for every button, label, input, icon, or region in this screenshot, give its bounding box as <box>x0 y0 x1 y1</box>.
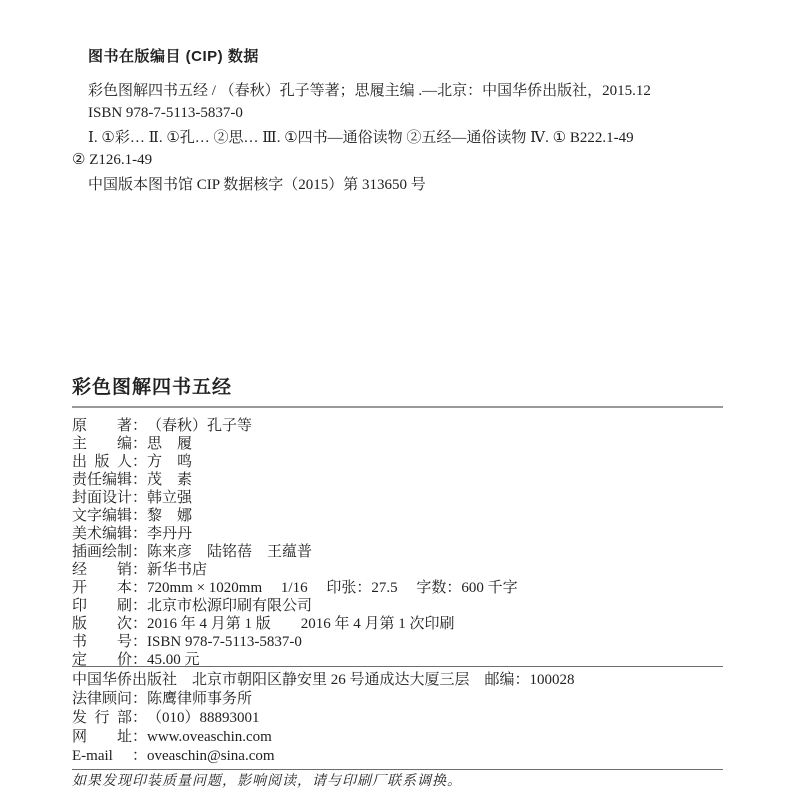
publisher-row-website: 网址：www.oveaschin.com <box>72 728 723 747</box>
colophon-row-distributor: 经销：新华书店 <box>72 561 723 579</box>
row-value: oveaschin@sina.com <box>147 748 275 764</box>
row-label: 发行部 <box>72 709 132 728</box>
colophon-row-original-author: 原著：（春秋）孔子等 <box>72 417 723 435</box>
colophon-section: 彩色图解四书五经 原著：（春秋）孔子等 主编：思 履 出版人：方 鸣 责任编辑：… <box>72 376 723 669</box>
cip-section: 图书在版编目 (CIP) 数据 彩色图解四书五经 / （春秋）孔子等著；思履主编… <box>72 46 732 196</box>
colon: ： <box>132 728 147 747</box>
colon: ： <box>132 435 147 453</box>
row-value: 韩立强 <box>147 490 192 506</box>
row-value: 李丹丹 <box>147 526 192 542</box>
row-value: （010）88893001 <box>147 710 260 726</box>
colophon-row-art-editor: 美术编辑：李丹丹 <box>72 525 723 543</box>
colon: ： <box>132 417 147 435</box>
row-label: 印刷 <box>72 597 132 615</box>
row-value: www.oveaschin.com <box>147 729 272 745</box>
colophon-row-isbn: 书号：ISBN 978-7-5113-5837-0 <box>72 633 723 651</box>
colophon-row-cover-design: 封面设计：韩立强 <box>72 489 723 507</box>
publisher-row-email: E-mail：oveaschin@sina.com <box>72 747 723 766</box>
publisher-rows: 法律顾问：陈鹰律师事务所 发行部：（010）88893001 网址：www.ov… <box>72 690 723 766</box>
row-value: 720mm × 1020mm 1/16 印张：27.5 字数：600 千字 <box>147 580 518 596</box>
colon: ： <box>132 633 147 651</box>
cip-description: 彩色图解四书五经 / （春秋）孔子等著；思履主编 .—北京：中国华侨出版社，20… <box>72 80 732 102</box>
colophon-row-illustrators: 插画绘制：陈来彦 陆铭蓓 王蕴普 <box>72 543 723 561</box>
colon: ： <box>132 543 147 561</box>
colon: ： <box>132 579 147 597</box>
row-value: 黎 娜 <box>147 508 192 524</box>
colon: ： <box>132 690 147 709</box>
cip-isbn: ISBN 978-7-5113-5837-0 <box>72 102 732 124</box>
row-label: 插画绘制 <box>72 543 132 561</box>
publisher-address: 中国华侨出版社 北京市朝阳区静安里 26 号通成达大厦三层 邮编：100028 <box>72 667 723 690</box>
colophon-row-format: 开本：720mm × 1020mm 1/16 印张：27.5 字数：600 千字 <box>72 579 723 597</box>
cip-heading: 图书在版编目 (CIP) 数据 <box>72 46 732 68</box>
colophon-row-text-editor: 文字编辑：黎 娜 <box>72 507 723 525</box>
row-label: 出版人 <box>72 453 132 471</box>
quality-notice: 如果发现印装质量问题，影响阅读，请与印刷厂联系调换。 <box>72 770 723 790</box>
row-label: 书号 <box>72 633 132 651</box>
book-title: 彩色图解四书五经 <box>72 376 723 400</box>
row-value: （春秋）孔子等 <box>147 418 252 434</box>
row-label: 原著 <box>72 417 132 435</box>
row-label: 封面设计 <box>72 489 132 507</box>
row-label: 文字编辑 <box>72 507 132 525</box>
row-value: ISBN 978-7-5113-5837-0 <box>147 634 302 650</box>
row-label: 网址 <box>72 728 132 747</box>
cip-classification-line1: Ⅰ. ①彩… Ⅱ. ①孔… ②思… Ⅲ. ①四书—通俗读物 ②五经—通俗读物 Ⅳ… <box>72 127 732 149</box>
cip-record-number: 中国版本图书馆 CIP 数据核字（2015）第 313650 号 <box>72 174 732 196</box>
colon: ： <box>132 597 147 615</box>
row-label: 责任编辑 <box>72 471 132 489</box>
colophon-row-chief-editor: 主编：思 履 <box>72 435 723 453</box>
row-value: 茂 素 <box>147 472 192 488</box>
row-label: 美术编辑 <box>72 525 132 543</box>
row-label: E-mail <box>72 747 132 766</box>
cip-classification-line2: ② Z126.1-49 <box>72 149 732 171</box>
row-label: 主编 <box>72 435 132 453</box>
row-value: 2016 年 4 月第 1 版 2016 年 4 月第 1 次印刷 <box>147 616 455 632</box>
colon: ： <box>132 615 147 633</box>
colon: ： <box>132 489 147 507</box>
row-value: 思 履 <box>147 436 192 452</box>
row-label: 开本 <box>72 579 132 597</box>
colophon-row-printer: 印刷：北京市松源印刷有限公司 <box>72 597 723 615</box>
colophon-row-publisher-person: 出版人：方 鸣 <box>72 453 723 471</box>
copyright-page: 图书在版编目 (CIP) 数据 彩色图解四书五经 / （春秋）孔子等著；思履主编… <box>0 0 800 800</box>
colon: ： <box>132 453 147 471</box>
publisher-row-distribution-dept: 发行部：（010）88893001 <box>72 709 723 728</box>
colon: ： <box>132 471 147 489</box>
colophon-row-responsible-editor: 责任编辑：茂 素 <box>72 471 723 489</box>
row-value: 陈鹰律师事务所 <box>147 691 252 707</box>
title-rule <box>72 406 723 408</box>
colon: ： <box>132 747 147 766</box>
publisher-section: 中国华侨出版社 北京市朝阳区静安里 26 号通成达大厦三层 邮编：100028 … <box>72 666 723 790</box>
row-label: 经销 <box>72 561 132 579</box>
row-value: 新华书店 <box>147 562 207 578</box>
row-value: 北京市松源印刷有限公司 <box>147 598 312 614</box>
row-label: 版次 <box>72 615 132 633</box>
colophon-rows: 原著：（春秋）孔子等 主编：思 履 出版人：方 鸣 责任编辑：茂 素 封面设计：… <box>72 417 723 669</box>
colon: ： <box>132 525 147 543</box>
row-label: 法律顾问 <box>72 690 132 709</box>
publisher-row-legal-counsel: 法律顾问：陈鹰律师事务所 <box>72 690 723 709</box>
colon: ： <box>132 561 147 579</box>
row-value: 陈来彦 陆铭蓓 王蕴普 <box>147 544 312 560</box>
colon: ： <box>132 709 147 728</box>
row-value: 方 鸣 <box>147 454 192 470</box>
colon: ： <box>132 507 147 525</box>
colophon-row-edition: 版次：2016 年 4 月第 1 版 2016 年 4 月第 1 次印刷 <box>72 615 723 633</box>
